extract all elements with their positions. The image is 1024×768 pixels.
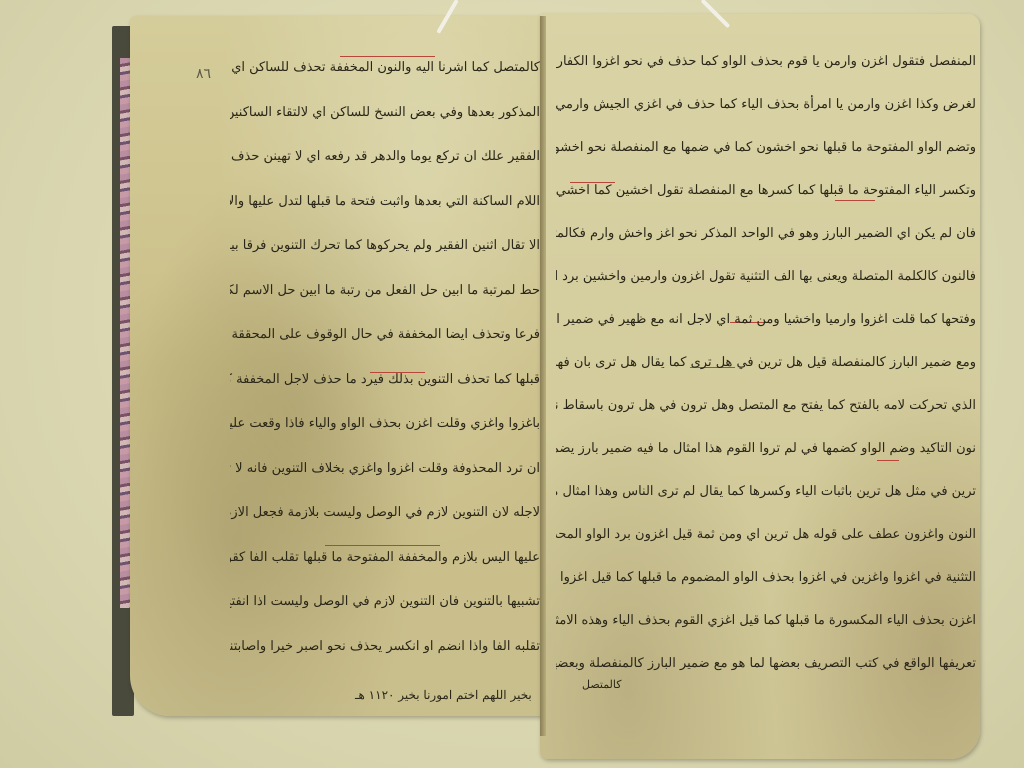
text-line: اغزن بحذف الياء المكسورة ما قبلها كما قي…: [556, 611, 976, 654]
text-line: اللام الساكنة التي بعدها واثبت فتحة ما ق…: [230, 192, 540, 237]
text-line: لغرض وكذا اغزن وارمن يا امرأة بحذف الياء…: [556, 95, 976, 138]
text-line: كالمتصل كما اشرنا اليه والنون المخففة تح…: [230, 58, 540, 103]
text-line: ومع ضمير البارز كالمنفصلة قيل هل ترين في…: [556, 353, 976, 396]
text-line: ترين في مثل هل ترين باثبات الياء وكسرها …: [556, 482, 976, 525]
folio-number: ٨٦: [196, 66, 211, 82]
text-line: ان ترد المحذوفة وقلت اغزوا واغزي بخلاف ا…: [230, 459, 540, 504]
text-line: فان لم يكن اي الضمير البارز وهو في الواح…: [556, 224, 976, 267]
text-line: لاجله لان التنوين لازم في الوصل وليست بل…: [230, 503, 540, 548]
text-line: تشبيها بالتنوين فان التنوين لازم في الوص…: [230, 592, 540, 637]
right-page-text: المنفصل فتقول اغزن وارمن يا قوم بحذف الو…: [556, 52, 976, 697]
text-line: فالنون كالكلمة المتصلة ويعنى بها الف الت…: [556, 267, 976, 310]
colophon-date: بخير اللهم اختم امورنا بخير ١١٢٠ هـ: [355, 688, 532, 702]
text-line: فرعا وتحذف ايضا المخففة في حال الوقوف عل…: [230, 325, 540, 370]
text-line: عليها اليس بلازم والمخففة المفتوحة ما قب…: [230, 548, 540, 593]
left-page-text: كالمتصل كما اشرنا اليه والنون المخففة تح…: [230, 58, 540, 681]
text-line: الا تقال اثنين الفقير ولم يحركوها كما تح…: [230, 236, 540, 281]
text-line: التثنية في اغزوا واغزين في اغزوا بحذف ال…: [556, 568, 976, 611]
text-line: وتكسر الياء المفتوحة ما قبلها كما كسرها …: [556, 181, 976, 224]
text-line: قبلها كما تحذف التنوين بذلك فيرد ما حذف …: [230, 370, 540, 415]
text-line: نون التاكيد وضم الواو كضمها في لم تروا ا…: [556, 439, 976, 482]
text-line: الذي تحركت لامه بالفتح كما يفتح مع المتص…: [556, 396, 976, 439]
text-line: الفقير علك ان تركع يوما والدهر قد رفعه ا…: [230, 147, 540, 192]
text-line: وفتحها كما قلت اغزوا وارميا واخشيا ومن ث…: [556, 310, 976, 353]
text-line: النون واغزون عطف على قوله هل ترين اي ومن…: [556, 525, 976, 568]
rubric-overline: [340, 56, 435, 57]
book-gutter: [540, 16, 546, 736]
text-line: وتضم الواو المفتوحة ما قبلها نحو اخشون ك…: [556, 138, 976, 181]
catchword: كالمتصل: [582, 678, 622, 691]
text-line: المنفصل فتقول اغزن وارمن يا قوم بحذف الو…: [556, 52, 976, 95]
text-line: المذكور بعدها وفي بعض النسخ للساكن اي لا…: [230, 103, 540, 148]
text-line: تقلبه الفا واذا انضم او انكسر يحذف نحو ا…: [230, 637, 540, 682]
text-line: باغزوا واغزي وقلت اغزن بحذف الواو والياء…: [230, 414, 540, 459]
text-line: حط لمرتبة ما ابين حل الفعل من رتبة ما اب…: [230, 281, 540, 326]
